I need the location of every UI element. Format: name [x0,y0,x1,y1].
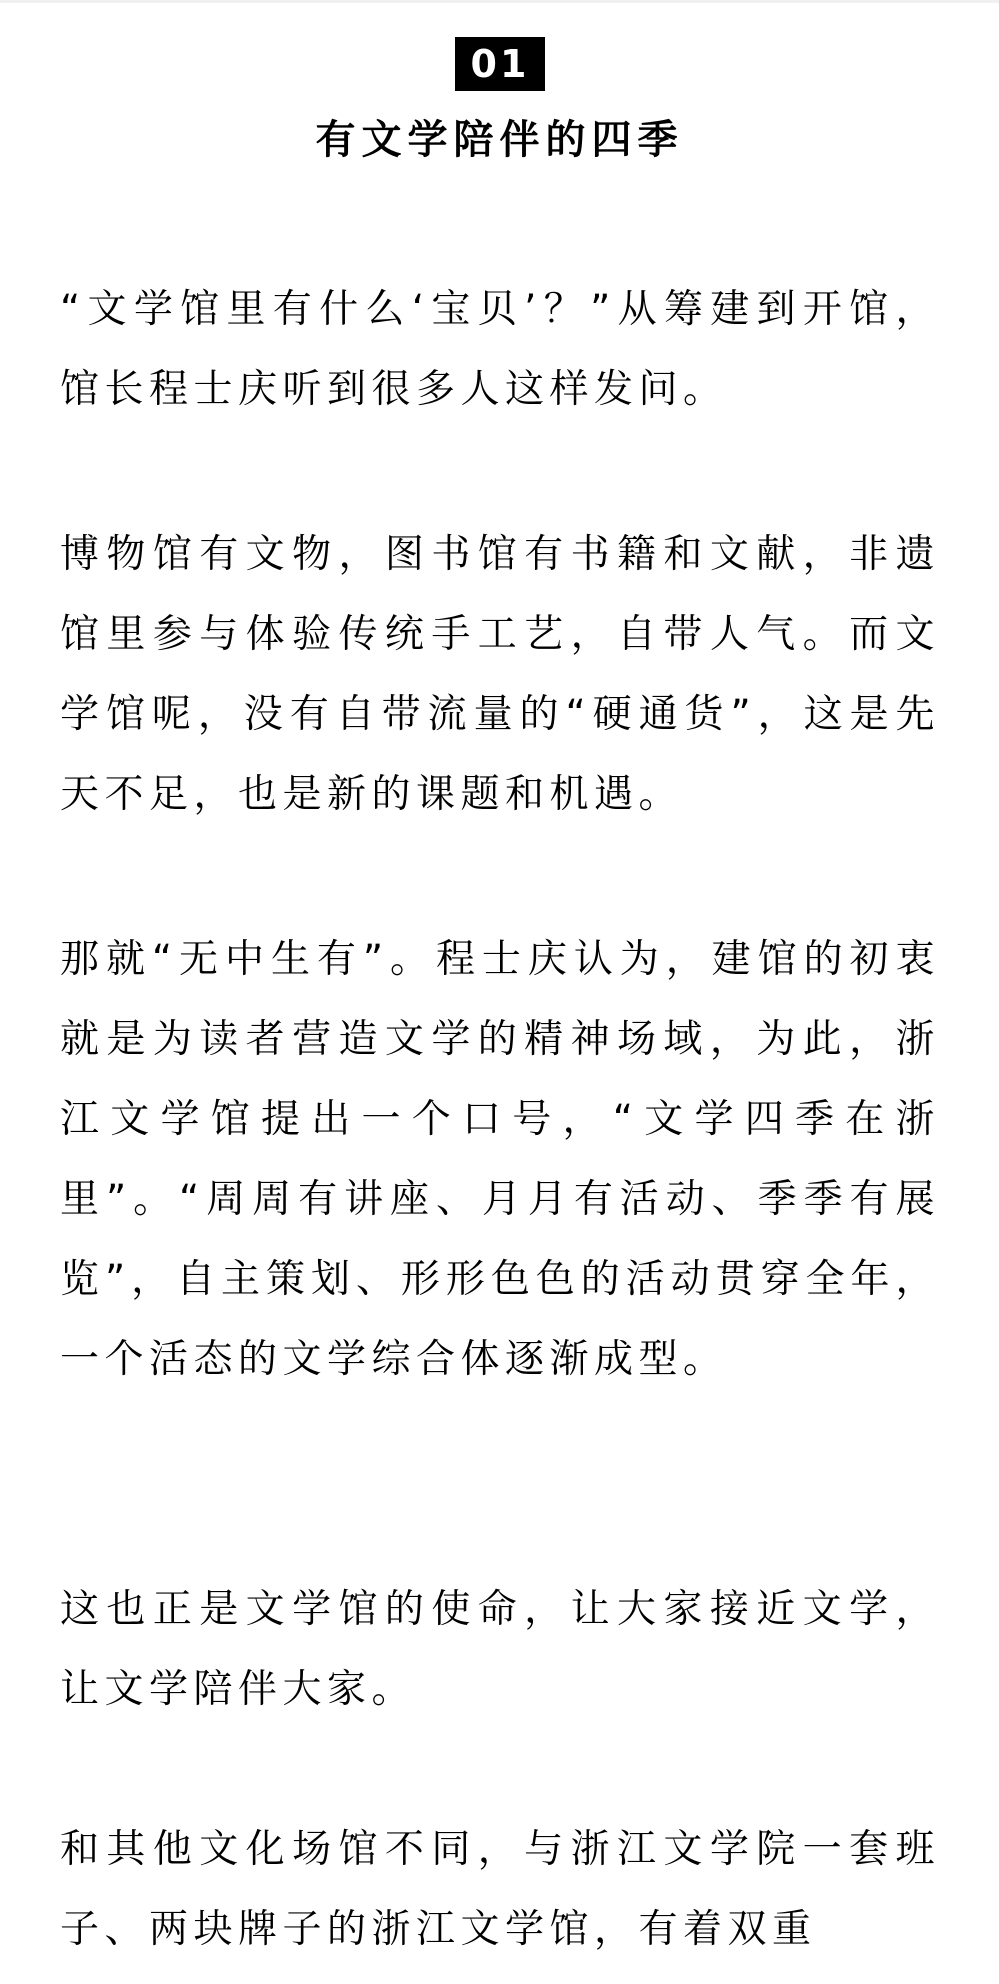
section-title: 有文学陪伴的四季 [0,112,999,168]
paragraph-5: 和其他文化场馆不同，与浙江文学院一套班子、两块牌子的浙江文学馆，有着双重 [60,1810,940,1970]
paragraph-2: 博物馆有文物，图书馆有书籍和文献，非遗馆里参与体验传统手工艺，自带人气。而文学馆… [60,515,940,835]
paragraph-3: 那就“无中生有”。程士庆认为，建馆的初衷就是为读者营造文学的精神场域，为此，浙江… [60,920,940,1400]
paragraph-4: 这也正是文学馆的使命，让大家接近文学，让文学陪伴大家。 [60,1570,940,1730]
paragraph-1: “文学馆里有什么‘宝贝’？”从筹建到开馆，馆长程士庆听到很多人这样发问。 [60,270,940,430]
section-number-badge: 01 [455,37,545,91]
top-divider [0,0,999,3]
